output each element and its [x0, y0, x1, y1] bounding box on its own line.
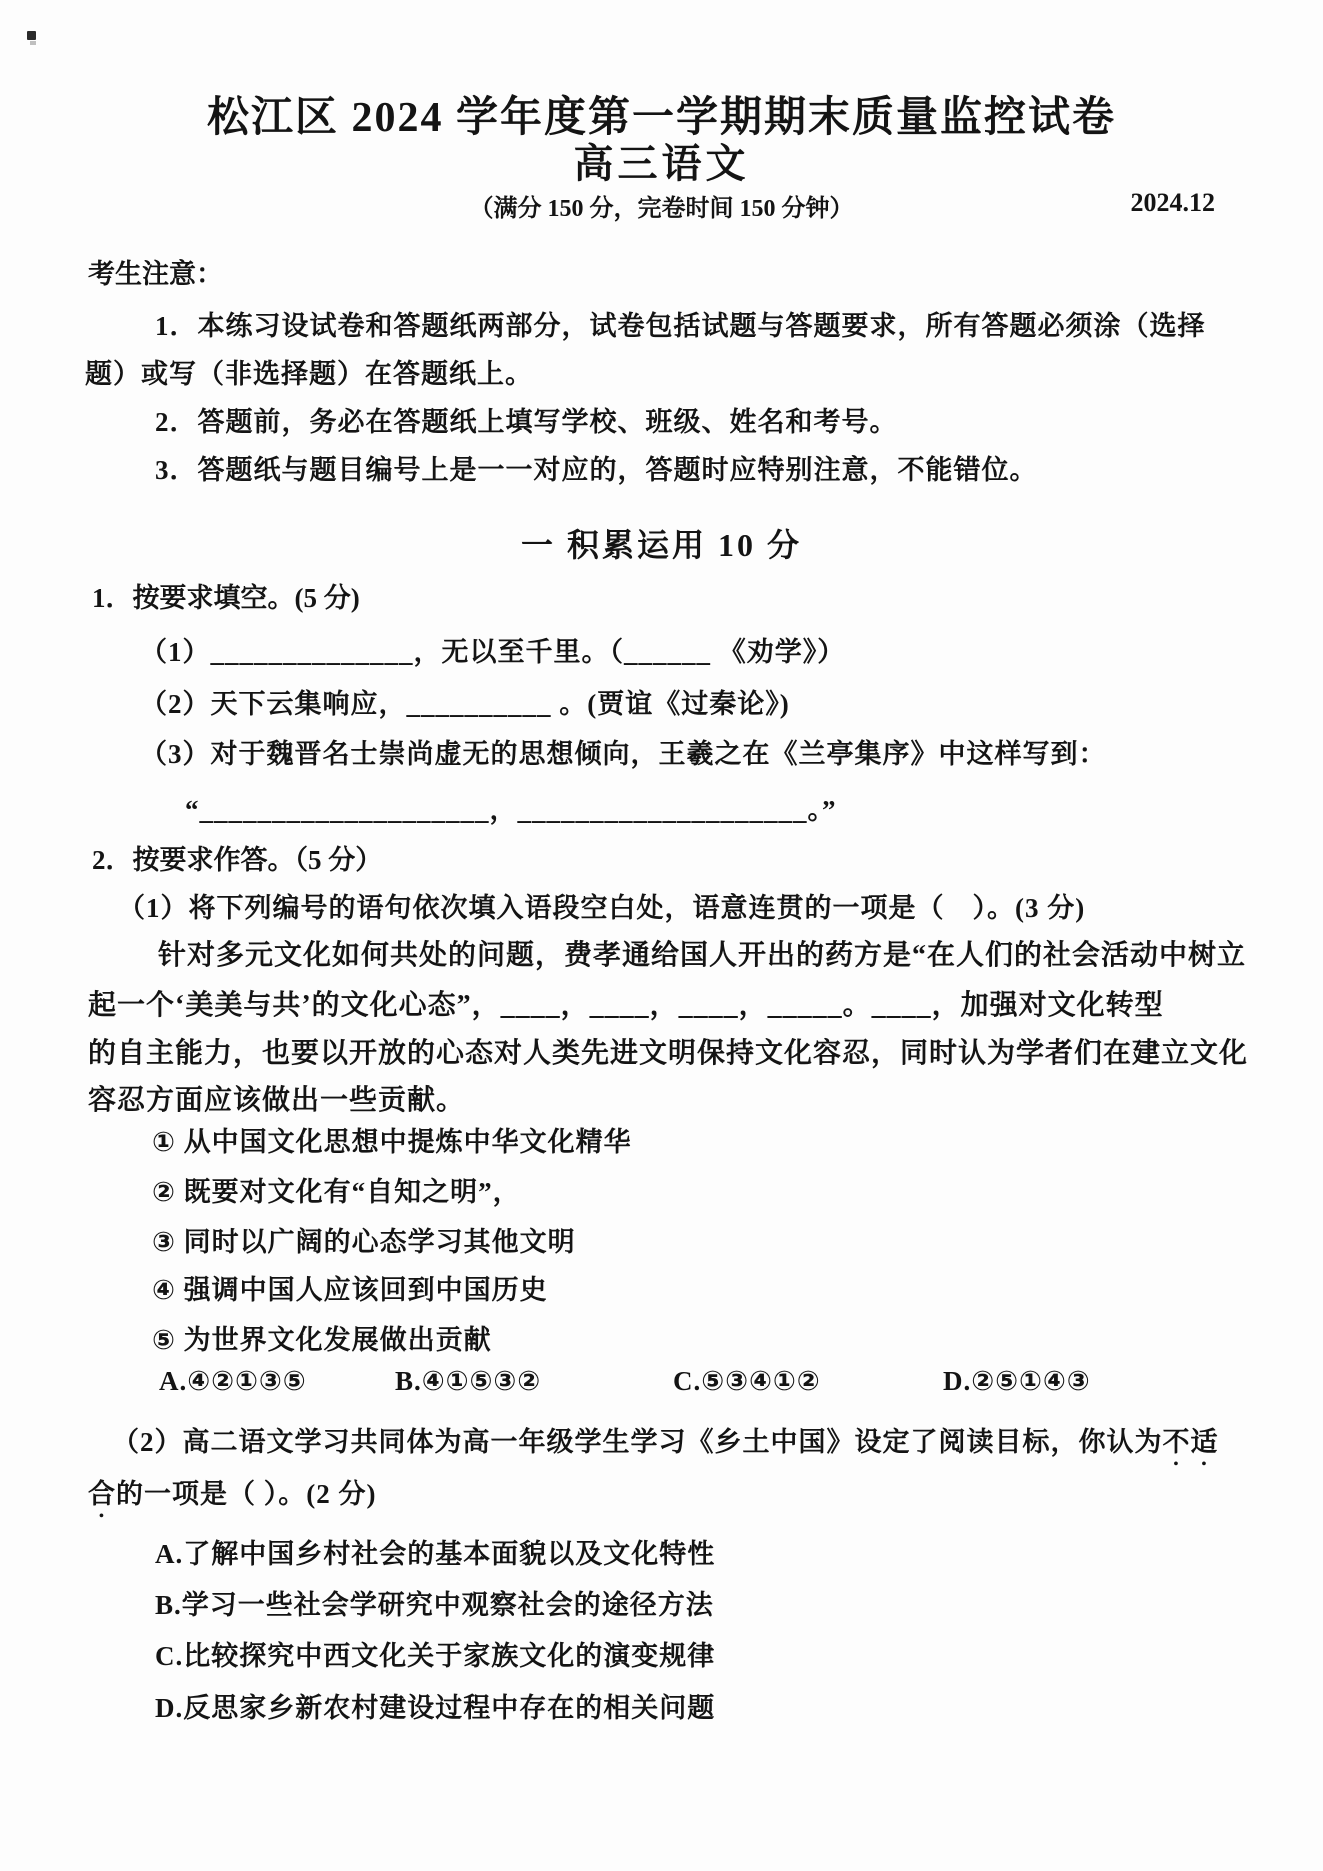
stem-text: 的一项是（ ）。(2 分) — [116, 1479, 376, 1509]
numbered-sentence-5: ⑤ 为世界文化发展做出贡献 — [152, 1318, 492, 1357]
numbered-sentence-1: ① 从中国文化思想中提炼中华文化精华 — [152, 1120, 632, 1159]
numbered-sentence-4: ④ 强调中国人应该回到中国历史 — [152, 1268, 548, 1307]
question-2-sub-1-stem: （1）将下列编号的语句依次填入语段空白处，语意连贯的一项是（ ）。(3 分) — [118, 886, 1085, 925]
option-d: D.②⑤①④③ — [943, 1366, 1091, 1397]
section-1-heading: 一 积累运用 10 分 — [0, 520, 1323, 566]
question-2-sub-2-option-a: A.了解中国乡村社会的基本面貌以及文化特性 — [155, 1532, 715, 1571]
scan-artifact-smudge — [30, 41, 36, 45]
question-1-part-2: （2）天下云集响应，__________ 。(贾谊《过秦论》) — [140, 682, 790, 721]
question-2-sub-2-option-c: C.比较探究中西文化关于家族文化的演变规律 — [155, 1634, 715, 1673]
numbered-sentence-3: ③ 同时以广阔的心态学习其他文明 — [152, 1220, 576, 1259]
question-2-sub-2-option-b: B.学习一些社会学研究中观察社会的途径方法 — [155, 1583, 714, 1622]
emphasized-text: 不适 — [1163, 1427, 1219, 1457]
option-b: B.④①⑤③② — [395, 1366, 673, 1397]
exam-date: 2024.12 — [1131, 188, 1216, 218]
option-c: C.⑤③④①② — [673, 1366, 943, 1397]
notice-heading: 考生注意： — [88, 252, 223, 291]
question-2-sub-2-option-d: D.反思家乡新农村建设过程中存在的相关问题 — [155, 1686, 715, 1725]
notice-item-2: 2．答题前，务必在答题纸上填写学校、班级、姓名和考号。 — [155, 400, 898, 439]
option-a: A.④②①③⑤ — [159, 1366, 395, 1397]
question-2-sub-2-stem-line-2: 合的一项是（ ）。(2 分) — [88, 1472, 376, 1524]
exam-paper-page: 松江区 2024 学年度第一学期期末质量监控试卷 高三语文 （满分 150 分，… — [0, 0, 1323, 1871]
emphasized-text: 合 — [88, 1479, 116, 1509]
passage-line-1: 针对多元文化如何共处的问题，费孝通给国人开出的药方是“在人们的社会活动中树立 — [88, 933, 1246, 973]
question-2-stem: 2．按要求作答。（5 分） — [92, 838, 382, 877]
scan-artifact-mark — [27, 31, 36, 40]
notice-item-1-line-2: 题）或写（非选择题）在答题纸上。 — [85, 352, 533, 391]
notice-item-1-line-1: 1．本练习设试卷和答题纸两部分，试卷包括试题与答题要求，所有答题必须涂（选择 — [155, 304, 1206, 343]
stem-text: （2）高二语文学习共同体为高一年级学生学习《乡土中国》设定了阅读目标，你认为 — [112, 1427, 1163, 1457]
exam-meta-score-time: （满分 150 分，完卷时间 150 分钟） — [0, 188, 1323, 223]
notice-item-3: 3．答题纸与题目编号上是一一对应的，答题时应特别注意，不能错位。 — [155, 448, 1038, 487]
exam-subtitle: 高三语文 — [0, 132, 1323, 189]
passage-line-3: 的自主能力，也要以开放的心态对人类先进文明保持文化容忍，同时认为学者们在建立文化 — [88, 1031, 1248, 1071]
question-1-part-1: （1）______________，无以至千里。（______ 《劝学》） — [140, 630, 845, 669]
passage-line-2: 起一个‘美美与共’的文化心态”，____，____，____，_____。___… — [88, 983, 1164, 1023]
question-1-part-3: （3）对于魏晋名士崇尚虚无的思想倾向，王羲之在《兰亭集序》中这样写到： — [140, 732, 1107, 771]
question-1-stem: 1．按要求填空。(5 分) — [92, 576, 360, 615]
question-2-sub-2-stem-line-1: （2）高二语文学习共同体为高一年级学生学习《乡土中国》设定了阅读目标，你认为不适 — [112, 1420, 1219, 1472]
passage-line-4: 容忍方面应该做出一些贡献。 — [88, 1078, 465, 1118]
question-1-part-3-quote-blanks: “____________________，__________________… — [185, 788, 837, 827]
question-2-sub-1-options-row: A.④②①③⑤B.④①⑤③②C.⑤③④①②D.②⑤①④③ — [159, 1366, 1091, 1397]
numbered-sentence-2: ② 既要对文化有“自知之明”， — [152, 1170, 521, 1209]
